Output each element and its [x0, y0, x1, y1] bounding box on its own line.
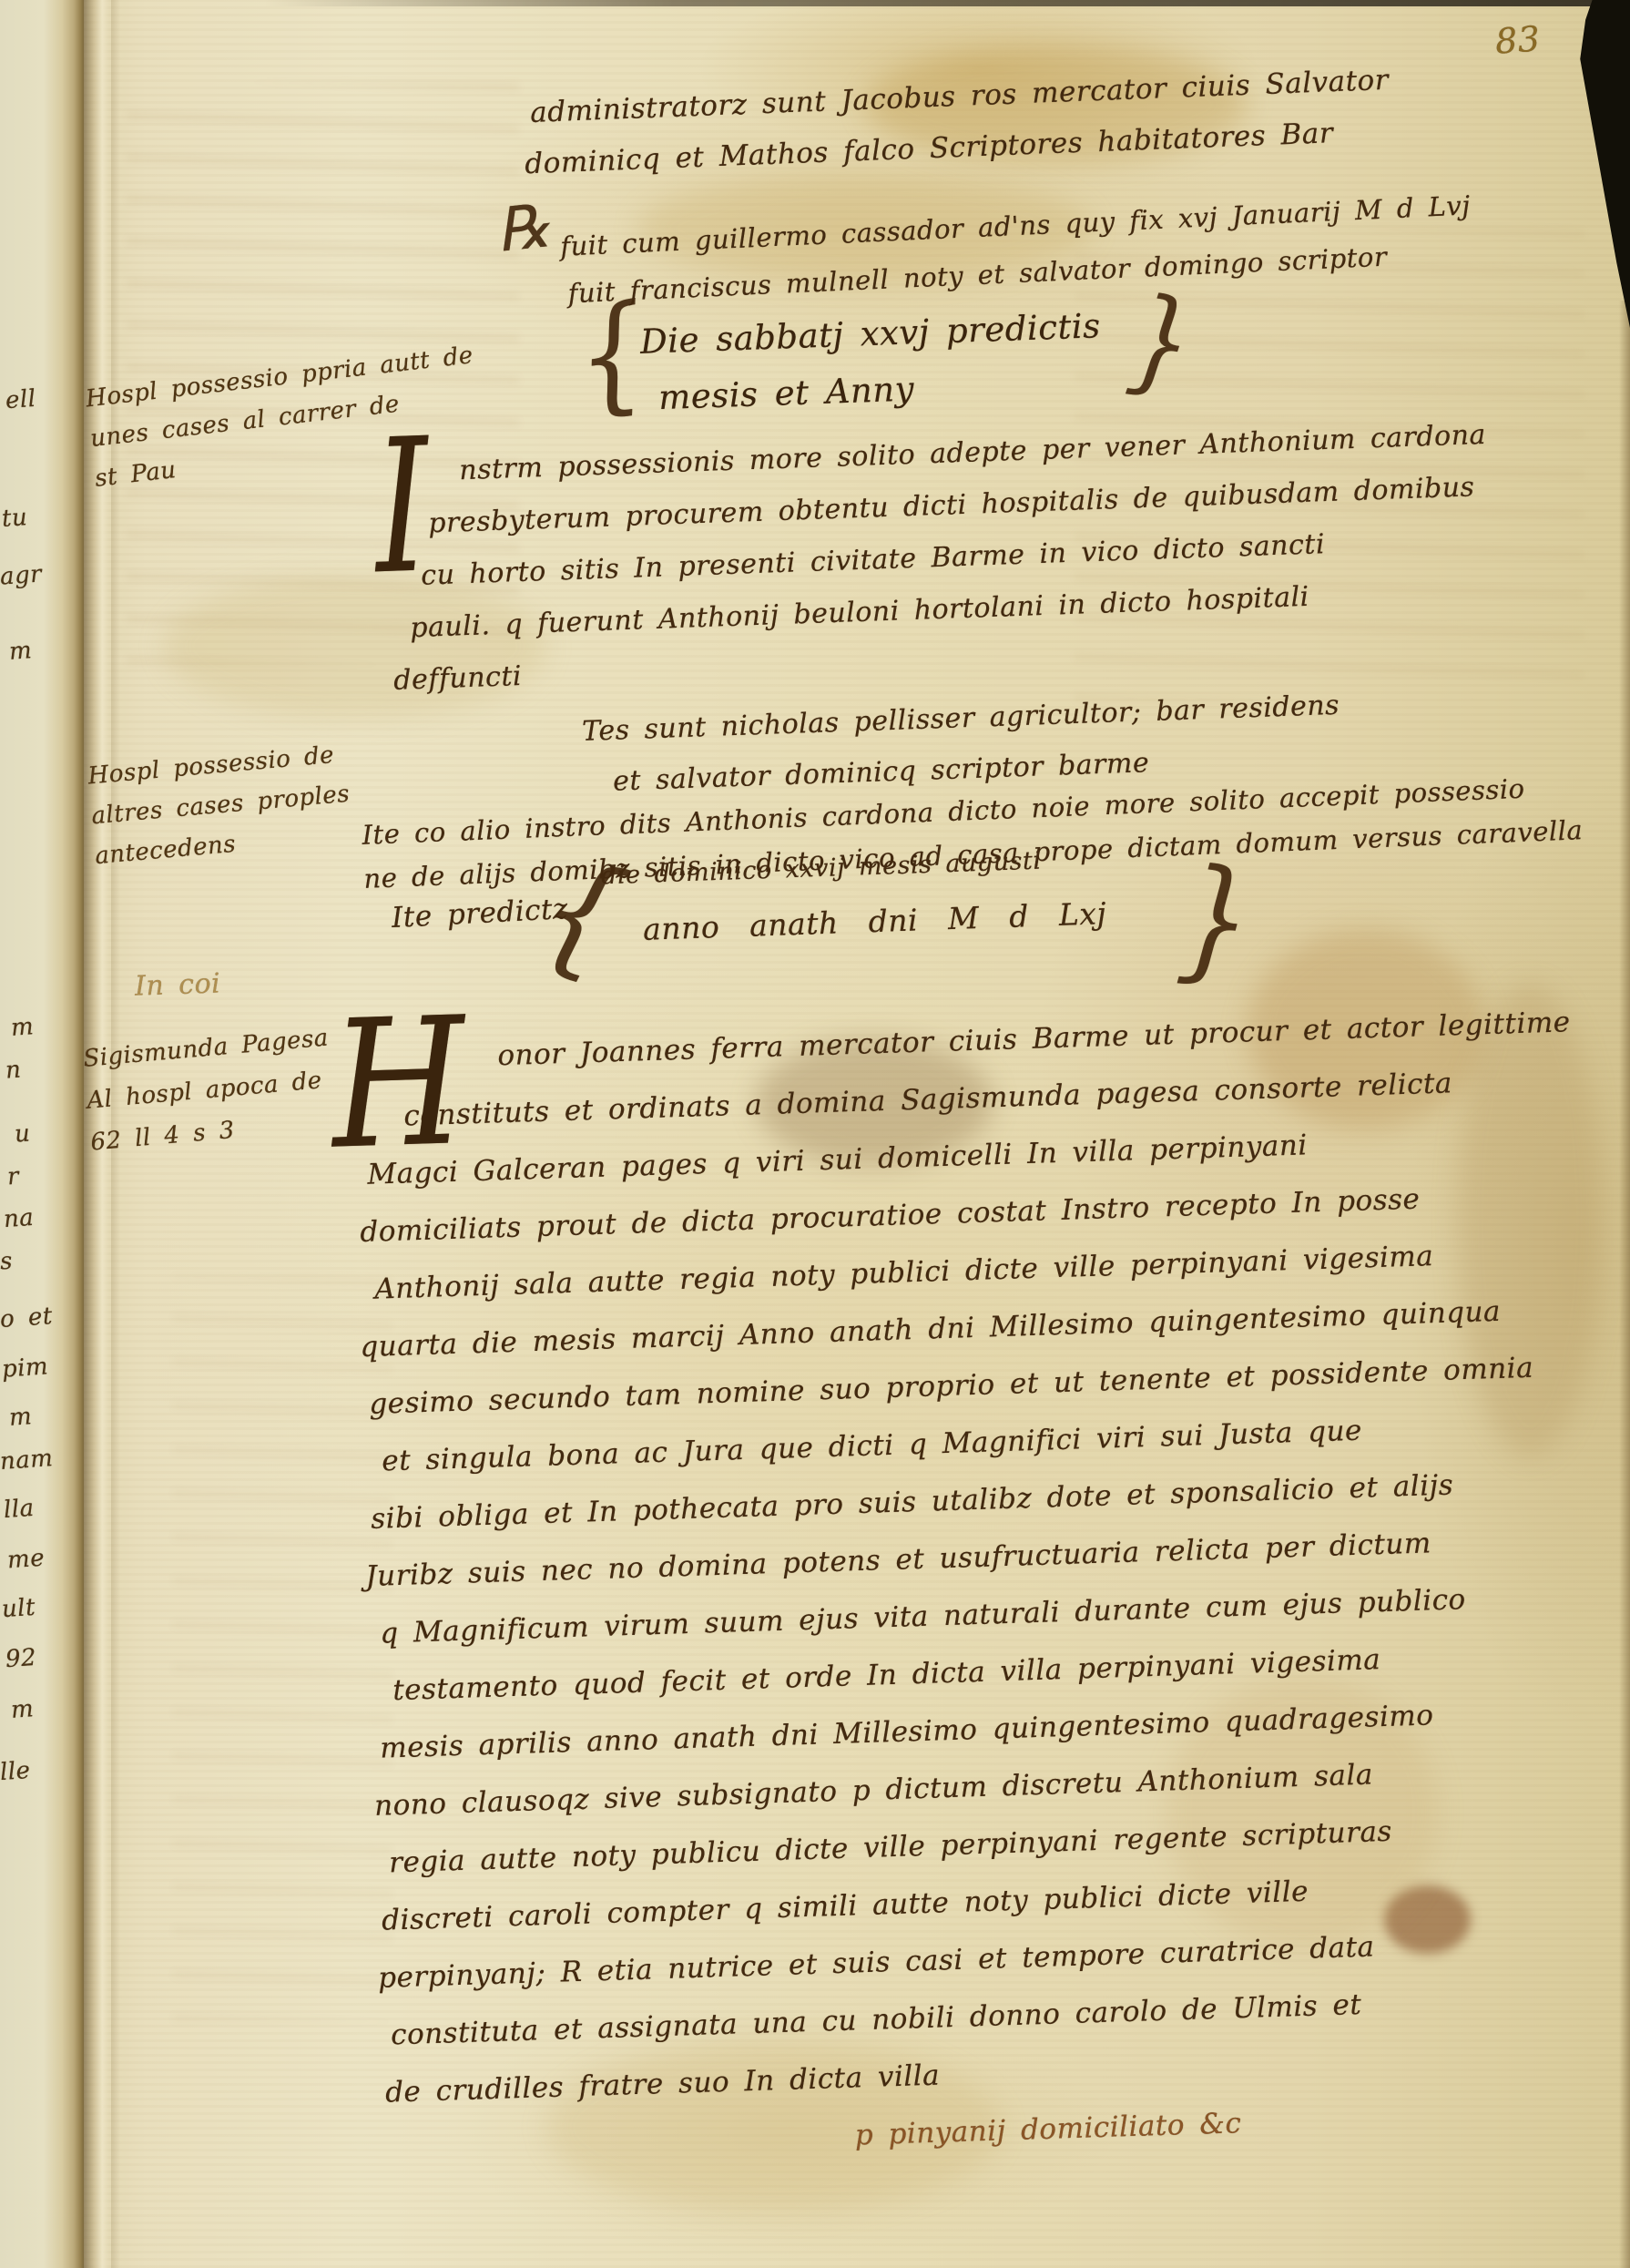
swash-flourish-icon: }: [1174, 849, 1258, 989]
previous-page-edge: ell tu agr m m n u r na s o et pim m nam…: [0, 0, 84, 2268]
folio-number: 83: [1494, 18, 1542, 61]
edge-fragment: agr: [0, 560, 43, 590]
date-line: anno anath dni M d Lxj: [642, 895, 1106, 947]
manuscript-page: ell tu agr m m n u r na s o et pim m nam…: [0, 0, 1630, 2268]
edge-fragment: ell: [5, 385, 37, 414]
dropcap-initial: H: [329, 994, 468, 1174]
edge-fragment: ult: [1, 1594, 36, 1624]
notarial-paraph-icon: ℞: [494, 196, 554, 261]
top-note: administratorz sunt Jacobus ros mercator…: [522, 55, 1391, 189]
edge-fragment: u: [14, 1119, 31, 1148]
possessio-paragraph-1: I nstrm possessionis more solito adepte …: [378, 409, 1493, 707]
edge-fragment: tu: [1, 504, 28, 533]
edge-fragment: m: [10, 1695, 35, 1724]
edge-fragment: n: [5, 1056, 22, 1084]
page-right-edge: [1619, 301, 1630, 2268]
edge-fragment: s: [0, 1248, 14, 1276]
edge-fragment: r: [6, 1163, 20, 1191]
edge-fragment: m: [8, 637, 33, 666]
edge-fragment: 92: [5, 1644, 37, 1673]
edge-fragment: nam: [0, 1445, 54, 1476]
edge-fragment: na: [3, 1204, 35, 1233]
edge-fragment: o et: [0, 1303, 54, 1333]
edge-fragment: m: [8, 1403, 33, 1432]
margin-note-possessio-2: Hospl possessio de altres cases proples …: [87, 734, 355, 876]
edge-fragment: me: [6, 1545, 46, 1575]
edge-fragment: lla: [3, 1495, 36, 1524]
procuration-act-paragraph: H onor Joannes ferra mercator ciuis Barm…: [347, 994, 1606, 2180]
edge-fragment: m: [10, 1013, 35, 1042]
edge-fragment: pim: [1, 1353, 49, 1383]
margin-note-sigismunda: Sigismunda Pagesa Al hospl apoca de 62 l…: [82, 1017, 338, 1163]
edge-fragment: lle: [0, 1757, 32, 1786]
entry-heading: Die sabbatj xxvj predictis mesis et Anny: [639, 298, 1104, 427]
page-top-edge: [264, 0, 1630, 6]
faint-margin-note: In coi: [134, 967, 220, 1002]
dropcap-initial: I: [372, 414, 433, 600]
